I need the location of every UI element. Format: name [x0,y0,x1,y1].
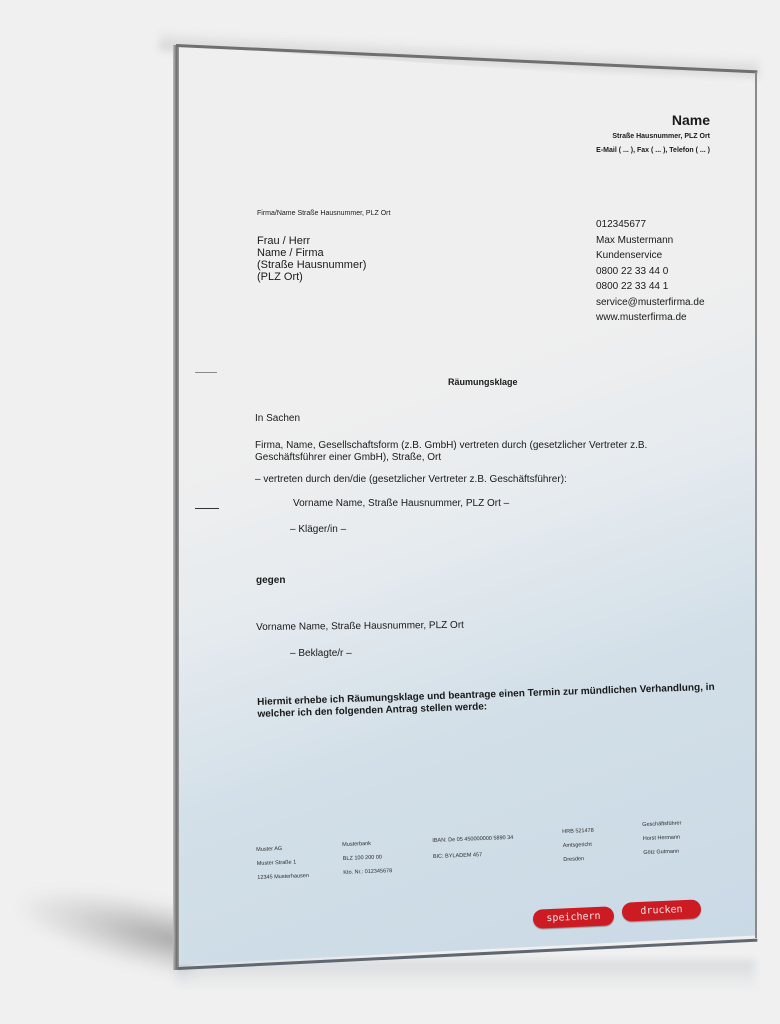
footer-line: Dresden [563,852,595,867]
recipient-line: Name / Firma [257,247,366,259]
footer-management: Geschäftsführer Horst Hermann Götz Gutma… [642,816,683,859]
document-preview: Name Straße Hausnummer, PLZ Ort E-Mail (… [0,0,780,1024]
save-button[interactable]: speichern [533,906,615,929]
document-title: Räumungsklage [448,377,518,387]
footer-iban: IBAN: De 05 450000000 5890 34 BIC: BYLAD… [432,830,514,865]
defendant: Vorname Name, Straße Hausnummer, PLZ Ort [256,620,464,633]
department: Kundenservice [596,248,705,264]
footer-line: Horst Hermann [643,830,683,845]
in-sachen: In Sachen [255,413,300,424]
against-label: gegen [256,575,285,586]
plaintiff-line: Firma, Name, Gesellschaftsform (z.B. Gmb… [255,440,647,452]
plaintiff-description: Firma, Name, Gesellschaftsform (z.B. Gmb… [255,440,647,464]
sender-contact: E-Mail ( ... ), Fax ( ... ), Telefon ( .… [540,147,710,154]
sender-name: Name [630,112,710,128]
footer-line: BIC: BYLADEM 457 [433,846,515,865]
fax-number: 0800 22 33 44 1 [596,279,705,295]
page-edge-left [173,45,179,970]
fold-mark [195,372,217,373]
recipient-line: (Straße Hausnummer) [257,259,366,271]
footer-line: Kto. Nr.: 012345678 [343,864,392,880]
website: www.musterfirma.de [596,310,705,326]
sender-address: Straße Hausnummer, PLZ Ort [560,133,710,140]
plaintiff-role: – Kläger/in – [290,524,346,535]
info-block: 012345677 Max Mustermann Kundenservice 0… [596,217,705,326]
return-address: Firma/Name Straße Hausnummer, PLZ Ort [257,210,390,217]
reference-number: 012345677 [596,217,705,233]
recipient-line: Frau / Herr [257,235,366,247]
contact-person: Max Mustermann [596,233,705,249]
recipient-line: (PLZ Ort) [257,271,366,283]
footer-line: Götz Gutmann [643,844,683,859]
represented-by: – vertreten durch den/die (gesetzlicher … [255,474,567,485]
plaintiff-line: Geschäftsführer einer GmbH), Straße, Ort [255,452,647,464]
footer-company: Muster AG Muster Straße 1 12345 Musterha… [256,841,309,885]
punch-mark [195,508,219,509]
representative: Vorname Name, Straße Hausnummer, PLZ Ort… [293,498,509,509]
footer-register: HRB 521478 Amtsgericht Dresden [562,824,595,867]
footer-line: HRB 521478 [562,824,594,839]
footer-line: 12345 Musterhausen [257,869,309,885]
defendant-role: – Beklagte/r – [290,648,352,659]
page-shadow [20,872,190,978]
footer-line: IBAN: De 05 450000000 5890 34 [432,830,514,849]
phone-number: 0800 22 33 44 0 [596,264,705,280]
footer-bank: Musterbank BLZ 100 200 00 Kto. Nr.: 0123… [342,836,393,880]
footer-line: Amtsgericht [563,838,595,853]
recipient-address: Frau / Herr Name / Firma (Straße Hausnum… [257,235,366,283]
page-edge-right [755,72,757,938]
print-button[interactable]: drucken [622,899,702,921]
footer-line: Geschäftsführer [642,816,682,831]
email-address: service@musterfirma.de [596,295,705,311]
